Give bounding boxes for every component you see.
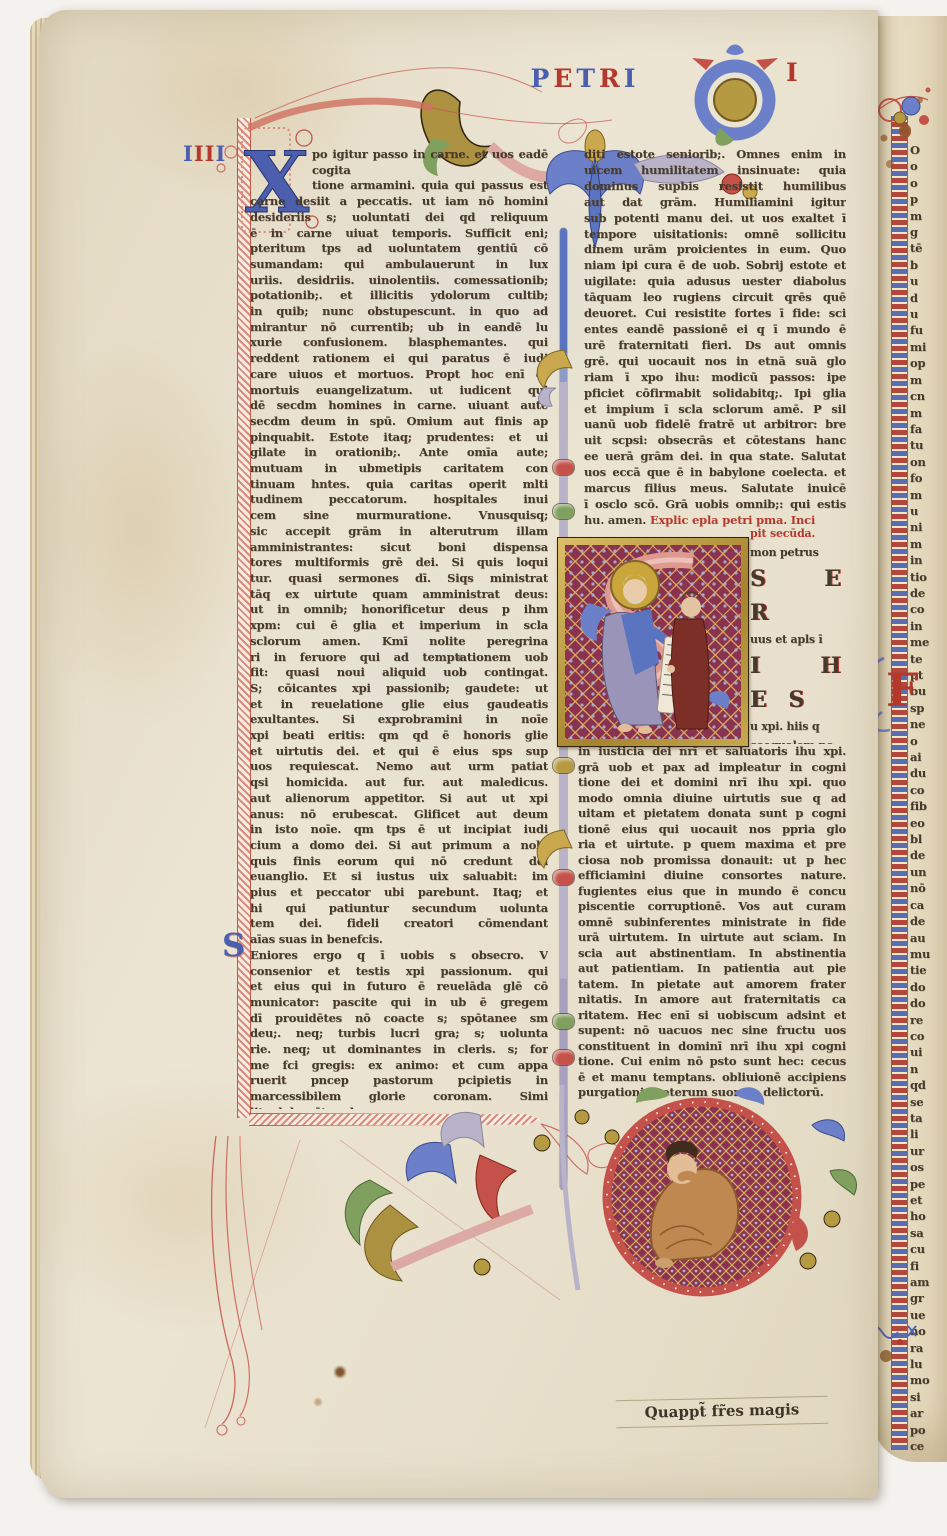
text-line: in quib; nunc obstupescunt. in quo ad xyxy=(250,304,548,320)
text-fragment: u xyxy=(910,503,946,519)
incipit-line: S E R xyxy=(750,562,848,630)
manuscript-photo: Ooopmgtēbudufumiopmcnmfatuonfomunimintio… xyxy=(0,0,947,1536)
text-fragment: tio xyxy=(910,569,946,585)
text-line: nitatis. In amore aut fraternitatis ca xyxy=(578,992,846,1008)
text-fragment: no xyxy=(910,1323,946,1339)
text-line: po igitur passo in carne. et uos eadē co… xyxy=(250,147,548,178)
text-fragment: pt xyxy=(910,667,946,683)
text-line: potationib;. et illicitis ydolorum culti… xyxy=(250,288,548,304)
text-line: secdm deum in spū. Omium aut finis ap xyxy=(250,414,548,430)
explicit-black-text: hu. amen. xyxy=(584,513,650,527)
text-fragment: de xyxy=(910,847,946,863)
text-line: Eniores ergo q ī uobis s obsecro. V xyxy=(250,948,548,964)
text-line: fit: quasi noui aliquid uob contingat. xyxy=(250,665,548,681)
text-line: uanū uob fidelē fratrē ut arbitror: bre xyxy=(584,417,846,433)
text-line: constituent in dominī nrī ihu xpi cogni xyxy=(578,1039,846,1055)
text-line: sclorum amen. Kmī nolite peregrina xyxy=(250,634,548,650)
text-line: sub potenti manu dei. ut uos exaltet ī xyxy=(584,211,846,227)
text-fragment: eo xyxy=(910,815,946,831)
text-fragment: cu xyxy=(910,1241,946,1257)
text-line: consenior et testis xpi passionum. qui xyxy=(250,964,548,980)
left-text-column: po igitur passo in carne. et uos eadē co… xyxy=(250,147,548,1109)
text-fragment: am xyxy=(910,1274,946,1290)
text-line: urā uirtutem. In uirtute aut sciam. In xyxy=(578,930,846,946)
miniature-figures xyxy=(565,545,741,739)
text-fragment: on xyxy=(910,454,946,470)
text-line: uicem humilitatem insinuate: quia xyxy=(584,163,846,179)
text-line: ria et uirtute. p quem maxima et pre xyxy=(578,837,846,853)
text-line: ē et manu temptans. obliuionē accipiens xyxy=(578,1070,846,1086)
text-line: uriis. desidriis. uinolentiis. comessati… xyxy=(250,273,548,289)
incipit-line: mon petrus xyxy=(750,543,848,562)
text-line: marcus filius meus. Salutate inuicē xyxy=(584,481,846,497)
text-fragment: de xyxy=(910,585,946,601)
text-fragment: te xyxy=(910,651,946,667)
text-fragment: do xyxy=(910,979,946,995)
running-title-letter: P xyxy=(531,64,554,93)
text-fragment: m xyxy=(910,487,946,503)
text-line: purgationis ueterum suorum delictorū. xyxy=(578,1085,846,1101)
text-line: anus: nō erubescat. Glificet aut deum xyxy=(250,807,548,823)
companion-head xyxy=(681,597,701,617)
text-fragment: tē xyxy=(910,240,946,256)
text-fragment: o xyxy=(910,175,946,191)
text-line: cium a domo dei. Si aut primum a nob: xyxy=(250,838,548,854)
text-fragment: bu xyxy=(910,683,946,699)
bar-knob-green xyxy=(553,504,574,519)
text-fragment: O xyxy=(910,142,946,158)
text-fragment: si xyxy=(910,1389,946,1405)
text-line: fugientes eius que in mundo ē concu xyxy=(578,884,846,900)
text-fragment: fi xyxy=(910,1258,946,1274)
text-fragment: mi xyxy=(910,339,946,355)
text-line: reddent rationem ei qui paratus ē iudi xyxy=(250,351,548,367)
text-fragment: sa xyxy=(910,1225,946,1241)
text-fragment: ra xyxy=(910,1340,946,1356)
text-fragment: ar xyxy=(910,1405,946,1421)
bar-knob-green xyxy=(553,1014,574,1029)
text-line: ee uerā grām dei. in qua state. Salutat xyxy=(584,449,846,465)
text-fragment: d xyxy=(910,290,946,306)
penwork-border xyxy=(237,118,251,1118)
text-fragment: cn xyxy=(910,388,946,404)
text-fragment: nō xyxy=(910,880,946,896)
text-line: quis finis eorum qui nō credunt dei xyxy=(250,854,548,870)
text-fragment: sp xyxy=(910,700,946,716)
running-title-letter: T xyxy=(576,64,599,93)
catchword: Quappt̃ fr̃es magis xyxy=(616,1396,829,1428)
text-line: hi qui patiuntur secundum uolunta xyxy=(250,901,548,917)
running-title-letter: I xyxy=(624,64,640,93)
text-line: et eius qui in futuro ē reuelāda glē cō xyxy=(250,979,548,995)
running-title-letter: R xyxy=(599,64,624,93)
text-line: aīas suas in benefcis. xyxy=(250,932,548,948)
text-line: ī osclo scō. Grā uobis omnib;: qui estis xyxy=(584,497,846,513)
text-line: niam ipi cura ē de uob. Sobrij estote et xyxy=(584,258,846,274)
chapter-numeral-letter: I xyxy=(205,141,216,166)
historiated-initial-miniature xyxy=(557,537,749,747)
text-line: deuoret. Cui resistite fortes ī fide: sc… xyxy=(584,306,846,322)
text-line: uitam et pietatem donata sunt p cogni xyxy=(578,806,846,822)
text-fragment: fo xyxy=(910,470,946,486)
text-fragment: de xyxy=(910,913,946,929)
text-fragment: du xyxy=(910,765,946,781)
text-fragment: gr xyxy=(910,1290,946,1306)
text-line: tem dei. fideli creatori cōmendant xyxy=(250,916,548,932)
text-line: S; cōicantes xpi passionib; gaudete: ut xyxy=(250,681,548,697)
incipit-line: u xpi. hiis q xyxy=(750,717,848,736)
text-line: mirantur nō currentib; ub in eandē lu xyxy=(250,320,548,336)
text-fragment: fib xyxy=(910,798,946,814)
incipit-column: pit secūda.mon petrusS E Ruus et apls īI… xyxy=(750,524,848,744)
running-title-letter: E xyxy=(553,64,576,93)
text-line: tione. Cui enim nō psto sunt hec: cecus xyxy=(578,1054,846,1070)
text-fragment: lu xyxy=(910,1356,946,1372)
text-fragment: ca xyxy=(910,897,946,913)
text-fragment: li xyxy=(910,1126,946,1142)
diaper-background xyxy=(565,545,741,739)
text-fragment: in xyxy=(910,552,946,568)
text-line: et in reuelatione glie eius gaudeatis xyxy=(250,697,548,713)
text-line: grā uob et pax ad impleatur in cogni xyxy=(578,760,846,776)
text-fragment: me xyxy=(910,634,946,650)
text-line: aut alienorum appetitor. Si aut ut xpi xyxy=(250,791,548,807)
text-line: tur. quasi sermones dī. Siqs ministrat xyxy=(250,571,548,587)
right-text-column-lower: in iusticia dei nrī et saluatoris ihu xp… xyxy=(578,744,846,1102)
text-fragment: p xyxy=(910,191,946,207)
blue-acanthus xyxy=(707,691,730,709)
incipit-line: coequalem no xyxy=(750,736,848,744)
text-line: omnē subinferentes ministrate in fide xyxy=(578,915,846,931)
text-line: gilate in orationib;. Ante omīa aute; xyxy=(250,445,548,461)
text-fragment: bl xyxy=(910,831,946,847)
text-line: xpm: cui ē glia et imperium in scla xyxy=(250,618,548,634)
text-fragment: ai xyxy=(910,749,946,765)
text-line: pficiet cōfirmabit solidabitq;. Ipi glia xyxy=(584,386,846,402)
text-line: mutuam in ubmetipis caritatem con xyxy=(250,461,548,477)
text-line: care uiuos et mortuos. Propt hoc enī et xyxy=(250,367,548,383)
text-line: marcessibilem glorie coronam. Simi xyxy=(250,1089,548,1105)
text-fragment: ue xyxy=(910,1307,946,1323)
text-line: me fci gregis: ex animo: et cum appa xyxy=(250,1058,548,1074)
text-fragment: ne xyxy=(910,716,946,732)
text-line: sic accepit grām in alterutrum illam xyxy=(250,524,548,540)
text-fragment: ce xyxy=(910,1438,946,1454)
text-fragment: se xyxy=(910,1094,946,1110)
text-line: cem sine murmuratione. Vnusquisq; xyxy=(250,508,548,524)
text-fragment: tu xyxy=(910,437,946,453)
text-fragment: o xyxy=(910,733,946,749)
text-line: qsi homicida. aut fur. aut maledicus. xyxy=(250,775,548,791)
text-line: tionē eius qui uocauit nos ppria glo xyxy=(578,822,846,838)
text-line: tione armamini. quia qui passus est xyxy=(250,178,548,194)
text-fragment: ho xyxy=(910,1208,946,1224)
text-line: ut in omnib; honorificetur deus p ihm xyxy=(250,602,548,618)
chapter-numeral-letter: I xyxy=(183,141,194,166)
text-fragment: g xyxy=(910,224,946,240)
text-line: uit scpsi: obsecrās et cōtestans hanc xyxy=(584,433,846,449)
text-fragment: ta xyxy=(910,1110,946,1126)
text-line: exultantes. Si exprobramini in noīe xyxy=(250,712,548,728)
text-fragment: mo xyxy=(910,1372,946,1388)
text-line: deu;. neq; turbis lucri gra; s; uolunta xyxy=(250,1026,548,1042)
text-line: uigilate: quia adusus uester diabolus xyxy=(584,274,846,290)
text-fragment: u xyxy=(910,273,946,289)
next-folio-text-fragments: Ooopmgtēbudufumiopmcnmfatuonfomunimintio… xyxy=(910,142,946,1454)
text-fragment: o xyxy=(910,158,946,174)
chapter-numeral-letter: I xyxy=(215,141,226,166)
text-line: urē fraternitati fieri. Ds aut omnis xyxy=(584,338,846,354)
text-fragment: m xyxy=(910,405,946,421)
text-line: mortuis euangelizatum. ut iudicent qui xyxy=(250,383,548,399)
text-line: tatem. In pietate aut amorem frater xyxy=(578,977,846,993)
text-line: tāquam leo rugiens circuit qrēs quē xyxy=(584,290,846,306)
chapter-numeral: IIII xyxy=(183,141,226,166)
text-line: pinquabit. Estote itaq; prudentes: et ui xyxy=(250,430,548,446)
text-fragment: ui xyxy=(910,1044,946,1060)
bar-knob-red xyxy=(553,1050,574,1065)
text-line: aut dat grām. Humiliamini igitur xyxy=(584,195,846,211)
text-line: entes eandē passionē ei q ī mundo ē xyxy=(584,322,846,338)
penwork-border-foot xyxy=(249,1113,541,1126)
text-fragment: b xyxy=(910,257,946,273)
text-line: uos requiescat. Nemo aut urm patiat xyxy=(250,759,548,775)
text-fragment: do xyxy=(910,995,946,1011)
text-line: pteritum tps ad uoluntatem gentiū cō xyxy=(250,241,548,257)
text-fragment: po xyxy=(910,1422,946,1438)
text-line: amministrantes: sicut boni dispensa xyxy=(250,540,548,556)
text-fragment: tie xyxy=(910,962,946,978)
text-line: desideriis s; uoluntati dei qd reliquum xyxy=(250,210,548,226)
text-line: ruerit pncep pastorum pcipietis in xyxy=(250,1073,548,1089)
text-fragment: co xyxy=(910,1028,946,1044)
text-fragment: n xyxy=(910,1061,946,1077)
incipit-line: uus et apls ī xyxy=(750,630,848,649)
companion-robe xyxy=(671,619,709,729)
text-line: dē secdm homines in carne. uiuant autē xyxy=(250,398,548,414)
text-line: in isto noīe. qm tps ē ut incipiat iudi xyxy=(250,822,548,838)
folio-number: I xyxy=(786,58,798,87)
text-line: riam ī xpo ihu: modicū passos: ipe xyxy=(584,370,846,386)
text-line: dominus supbis resistit humilibus xyxy=(584,179,846,195)
text-fragment: re xyxy=(910,1012,946,1028)
text-fragment: fu xyxy=(910,322,946,338)
text-fragment: un xyxy=(910,864,946,880)
text-line: diti estote seniorib;. Omnes enim in xyxy=(584,147,846,163)
text-line: grē. qui uocauit nos in etnā suā glo xyxy=(584,354,846,370)
text-line: supent: nō uacuos nec sine fructu uos xyxy=(578,1023,846,1039)
text-fragment: m xyxy=(910,372,946,388)
text-fragment: co xyxy=(910,782,946,798)
text-line: ciosa nob promissa donauit: ut p hec xyxy=(578,853,846,869)
text-line: scia aut abstinentiam. In abstinentia xyxy=(578,946,846,962)
text-fragment: pe xyxy=(910,1176,946,1192)
text-line: uos eccā que ē in babylone coelecta. et xyxy=(584,465,846,481)
text-fragment: mu xyxy=(910,946,946,962)
text-line: ē in carne uiuat temporis. Sufficit eni; xyxy=(250,226,548,242)
text-fragment: ur xyxy=(910,1143,946,1159)
text-line: pius et peccator ubi parebunt. Itaq; et xyxy=(250,885,548,901)
marginal-initial-s: S xyxy=(222,926,245,964)
text-line: tione dei et domini nrī ihu xpi. quo xyxy=(578,775,846,791)
text-line: lit adolescētes sb xyxy=(250,1105,548,1109)
text-line: piscentie corruptionē. Vos aut curam xyxy=(578,899,846,915)
text-line: dī prouidētes nō coacte s; spōtanee sm xyxy=(250,1011,548,1027)
saint-peter-head xyxy=(623,579,647,603)
text-fragment: co xyxy=(910,601,946,617)
text-line: sumandam: qui ambulauerunt in lux xyxy=(250,257,548,273)
text-line: et uirtutis dei. et qui ē eius sps sup xyxy=(250,744,548,760)
text-line: tudinem peccatorum. hospitales inui xyxy=(250,492,548,508)
text-fragment: au xyxy=(910,930,946,946)
text-fragment: m xyxy=(910,208,946,224)
text-line: euanglio. Et si iustus uix saluabit: im xyxy=(250,869,548,885)
text-line: tinuam hntes. quia caritas operit mlti xyxy=(250,477,548,493)
text-line: modo omnia diuine uirtutis sue q ad xyxy=(578,791,846,807)
text-line: rie. neq; ut dominantes in cleris. s; fo… xyxy=(250,1042,548,1058)
text-fragment: qd xyxy=(910,1077,946,1093)
text-line: xurie confusionem. blasphemantes. qui xyxy=(250,335,548,351)
text-fragment: ni xyxy=(910,519,946,535)
next-folio-border-penwork xyxy=(891,116,908,1450)
text-line: ritatem. Hec enī si uobiscum adsint et xyxy=(578,1008,846,1024)
text-line: dinem urām proicientes in eum. Quo xyxy=(584,242,846,258)
running-title: PETRI xyxy=(505,64,665,93)
chapter-numeral-letter: I xyxy=(194,141,205,166)
text-fragment: u xyxy=(910,306,946,322)
text-fragment: op xyxy=(910,355,946,371)
text-line: tores multiformis grē dei. Si quis loqui xyxy=(250,555,548,571)
text-line: tāq ex uirtute quam amministrat deus: xyxy=(250,587,548,603)
text-fragment: fa xyxy=(910,421,946,437)
right-text-column-upper: diti estote seniorib;. Omnes enim inuice… xyxy=(584,147,846,513)
incipit-line: I H E S xyxy=(750,649,848,717)
text-fragment: m xyxy=(910,536,946,552)
text-fragment: et xyxy=(910,1192,946,1208)
bar-knob-gold xyxy=(553,758,574,773)
text-line: tempore uisitationis: omnē sollicitu xyxy=(584,227,846,243)
text-fragment: os xyxy=(910,1159,946,1175)
text-line: municator: pascite qui in ub ē gregem xyxy=(250,995,548,1011)
incipit-line: pit secūda. xyxy=(750,524,848,543)
bar-knob-red xyxy=(553,870,574,885)
text-line: ri in feruore qui ad temptationem uob xyxy=(250,650,548,666)
text-line: carne desiit a peccatis. ut iam nō homin… xyxy=(250,194,548,210)
bar-knob-red xyxy=(553,460,574,475)
text-line: et impium ī scla sclorum amē. P sil xyxy=(584,402,846,418)
text-line: xpi beati eritis: qm qd ē honoris glie xyxy=(250,728,548,744)
text-line: aut patientiam. In patientia aut pie xyxy=(578,961,846,977)
text-fragment: in xyxy=(910,618,946,634)
text-line: efficiamini diuine consortes nature. xyxy=(578,868,846,884)
